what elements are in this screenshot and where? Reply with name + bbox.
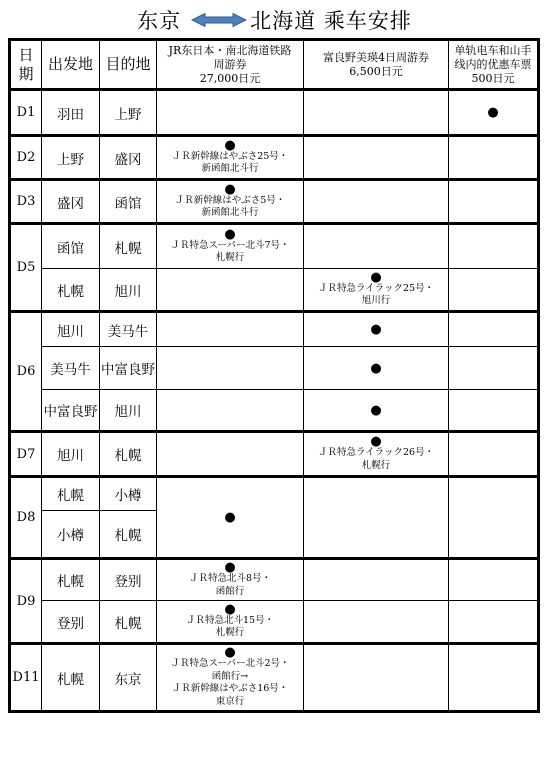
destination-cell: 札幌 xyxy=(100,511,157,559)
jr-pass-cell: ● xyxy=(157,477,304,559)
jr-pass-cell xyxy=(157,312,304,347)
usage-dot: ● xyxy=(157,140,303,151)
departure-cell: 札幌 xyxy=(42,477,100,511)
furano-pass-cell: ● ＪＲ特急ライラック26号・ 札幌行 xyxy=(304,432,449,477)
destination-cell: 旭川 xyxy=(100,390,157,432)
day-cell: D8 xyxy=(10,477,42,559)
day-cell: D9 xyxy=(10,559,42,644)
jr-pass-cell: ● ＪＲ特急北斗8号・ 函館行 xyxy=(157,559,304,601)
destination-cell: 登别 xyxy=(100,559,157,601)
header-furano-pass: 富良野美瑛4日周游券 6,500日元 xyxy=(304,40,449,90)
jr-pass-cell: ● ＪＲ特急スーパー北斗2号・ 函館行→ ＪＲ新幹線はやぶさ16号・ 東京行 xyxy=(157,644,304,712)
usage-dot: ● xyxy=(157,604,303,615)
monorail-cell xyxy=(449,390,539,432)
usage-dot: ● xyxy=(157,647,303,658)
jr-pass-cell: ● ＪＲ特急北斗15号・ 札幌行 xyxy=(157,601,304,644)
row-d6-1: D6 旭川 美马牛 ● xyxy=(10,312,539,347)
header-jr-pass: JR东日本・南北海道铁路 周游券 27,000日元 xyxy=(157,40,304,90)
furano-pass-cell: ● xyxy=(304,347,449,390)
furano-pass-cell xyxy=(304,559,449,601)
monorail-cell xyxy=(449,224,539,269)
monorail-cell xyxy=(449,312,539,347)
destination-cell: 札幌 xyxy=(100,224,157,269)
monorail-cell xyxy=(449,601,539,644)
jr-pass-cell: ● ＪＲ特急スーパー北斗7号・ 札幌行 xyxy=(157,224,304,269)
train-info: ＪＲ特急スーパー北斗2号・ 函館行→ ＪＲ新幹線はやぶさ16号・ 東京行 xyxy=(157,658,303,708)
departure-cell: 中富良野 xyxy=(42,390,100,432)
departure-cell: 上野 xyxy=(42,136,100,180)
jr-pass-cell xyxy=(157,90,304,136)
jr-pass-cell: ● ＪＲ新幹線はやぶさ5号・ 新函館北斗行 xyxy=(157,180,304,224)
row-d1: D1 羽田 上野 ● xyxy=(10,90,539,136)
monorail-cell xyxy=(449,136,539,180)
usage-dot: ● xyxy=(449,107,537,118)
monorail-cell xyxy=(449,644,539,712)
header-monorail-ticket: 单轨电车和山手 线内的优惠车票 500日元 xyxy=(449,40,539,90)
header-date: 日 期 xyxy=(10,40,42,90)
monorail-cell xyxy=(449,180,539,224)
furano-pass-cell xyxy=(304,601,449,644)
destination-cell: 札幌 xyxy=(100,601,157,644)
row-d7: D7 旭川 札幌 ● ＪＲ特急ライラック26号・ 札幌行 xyxy=(10,432,539,477)
usage-dot: ● xyxy=(304,363,448,374)
usage-dot: ● xyxy=(157,512,303,523)
row-d3: D3 盛冈 函馆 ● ＪＲ新幹線はやぶさ5号・ 新函館北斗行 xyxy=(10,180,539,224)
train-info: ＪＲ特急ライラック26号・ 札幌行 xyxy=(304,447,448,472)
destination-cell: 东京 xyxy=(100,644,157,712)
departure-cell: 函馆 xyxy=(42,224,100,269)
destination-cell: 上野 xyxy=(100,90,157,136)
destination-cell: 小樽 xyxy=(100,477,157,511)
schedule-table: 日 期 出发地 目的地 JR东日本・南北海道铁路 周游券 27,000日元 富良… xyxy=(8,38,540,713)
departure-cell: 旭川 xyxy=(42,432,100,477)
row-d9-1: D9 札幌 登别 ● ＪＲ特急北斗8号・ 函館行 xyxy=(10,559,539,601)
double-arrow-icon xyxy=(191,12,247,28)
day-cell: D2 xyxy=(10,136,42,180)
train-info: ＪＲ新幹線はやぶさ25号・ 新函館北斗行 xyxy=(157,151,303,176)
row-d6-3: 中富良野 旭川 ● xyxy=(10,390,539,432)
furano-pass-cell xyxy=(304,477,449,559)
departure-cell: 旭川 xyxy=(42,312,100,347)
jr-pass-cell xyxy=(157,269,304,312)
furano-pass-cell: ● ＪＲ特急ライラック25号・ 旭川行 xyxy=(304,269,449,312)
departure-cell: 札幌 xyxy=(42,269,100,312)
header-departure: 出发地 xyxy=(42,40,100,90)
departure-cell: 札幌 xyxy=(42,644,100,712)
departure-cell: 札幌 xyxy=(42,559,100,601)
usage-dot: ● xyxy=(157,184,303,195)
jr-pass-cell xyxy=(157,432,304,477)
day-cell: D5 xyxy=(10,224,42,312)
day-cell: D11 xyxy=(10,644,42,712)
usage-dot: ● xyxy=(304,272,448,283)
day-cell: D3 xyxy=(10,180,42,224)
jr-pass-cell: ● ＪＲ新幹線はやぶさ25号・ 新函館北斗行 xyxy=(157,136,304,180)
usage-dot: ● xyxy=(157,229,303,240)
usage-dot: ● xyxy=(304,436,448,447)
destination-cell: 美马牛 xyxy=(100,312,157,347)
usage-dot: ● xyxy=(157,562,303,573)
header-destination: 目的地 xyxy=(100,40,157,90)
destination-cell: 函馆 xyxy=(100,180,157,224)
monorail-cell xyxy=(449,432,539,477)
furano-pass-cell xyxy=(304,224,449,269)
furano-pass-cell xyxy=(304,644,449,712)
row-d9-2: 登别 札幌 ● ＪＲ特急北斗15号・ 札幌行 xyxy=(10,601,539,644)
train-info: ＪＲ新幹線はやぶさ5号・ 新函館北斗行 xyxy=(157,195,303,220)
row-d2: D2 上野 盛冈 ● ＪＲ新幹線はやぶさ25号・ 新函館北斗行 xyxy=(10,136,539,180)
usage-dot: ● xyxy=(304,324,448,335)
train-info: ＪＲ特急北斗8号・ 函館行 xyxy=(157,573,303,598)
destination-cell: 札幌 xyxy=(100,432,157,477)
monorail-cell xyxy=(449,477,539,559)
furano-pass-cell xyxy=(304,90,449,136)
title-left: 东京 xyxy=(137,5,181,35)
row-d8-1: D8 札幌 小樽 ● xyxy=(10,477,539,511)
usage-dot: ● xyxy=(304,405,448,416)
furano-pass-cell xyxy=(304,136,449,180)
train-info: ＪＲ特急北斗15号・ 札幌行 xyxy=(157,615,303,640)
furano-pass-cell: ● xyxy=(304,390,449,432)
destination-cell: 盛冈 xyxy=(100,136,157,180)
day-cell: D7 xyxy=(10,432,42,477)
destination-cell: 旭川 xyxy=(100,269,157,312)
day-cell: D6 xyxy=(10,312,42,432)
monorail-cell xyxy=(449,269,539,312)
furano-pass-cell xyxy=(304,180,449,224)
monorail-cell xyxy=(449,347,539,390)
jr-pass-cell xyxy=(157,347,304,390)
departure-cell: 羽田 xyxy=(42,90,100,136)
title-right: 北海道 乘车安排 xyxy=(250,5,412,35)
monorail-cell xyxy=(449,559,539,601)
monorail-cell: ● xyxy=(449,90,539,136)
row-d11: D11 札幌 东京 ● ＪＲ特急スーパー北斗2号・ 函館行→ ＪＲ新幹線はやぶさ… xyxy=(10,644,539,712)
row-d5-2: 札幌 旭川 ● ＪＲ特急ライラック25号・ 旭川行 xyxy=(10,269,539,312)
page-title: 东京 北海道 乘车安排 xyxy=(0,2,549,38)
departure-cell: 登别 xyxy=(42,601,100,644)
jr-pass-cell xyxy=(157,390,304,432)
day-cell: D1 xyxy=(10,90,42,136)
train-info: ＪＲ特急ライラック25号・ 旭川行 xyxy=(304,283,448,308)
furano-pass-cell: ● xyxy=(304,312,449,347)
destination-cell: 中富良野 xyxy=(100,347,157,390)
departure-cell: 美马牛 xyxy=(42,347,100,390)
departure-cell: 小樽 xyxy=(42,511,100,559)
row-d6-2: 美马牛 中富良野 ● xyxy=(10,347,539,390)
row-d5-1: D5 函馆 札幌 ● ＪＲ特急スーパー北斗7号・ 札幌行 xyxy=(10,224,539,269)
departure-cell: 盛冈 xyxy=(42,180,100,224)
train-info: ＪＲ特急スーパー北斗7号・ 札幌行 xyxy=(157,240,303,265)
